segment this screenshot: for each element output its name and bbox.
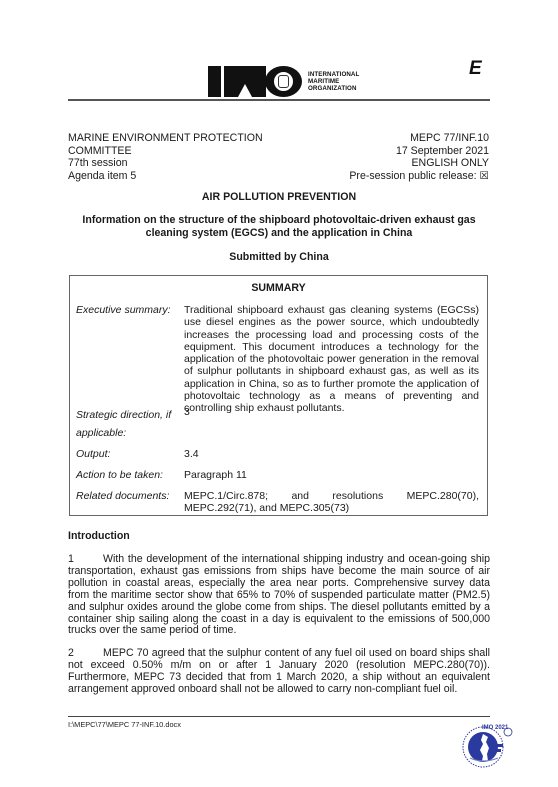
document-info: MEPC 77/INF.10 17 September 2021 ENGLISH… bbox=[349, 132, 489, 182]
summary-heading: SUMMARY bbox=[70, 282, 487, 294]
imo-logo-mark bbox=[208, 66, 302, 97]
summary-label: Output: bbox=[76, 448, 180, 460]
summary-value: 3.4 bbox=[184, 448, 479, 460]
summary-value: 3 bbox=[184, 406, 479, 418]
summary-label: Strategic direction, if applicable: bbox=[76, 406, 180, 442]
agenda-item: Agenda item 5 bbox=[68, 170, 263, 183]
org-name: INTERNATIONAL MARITIME ORGANIZATION bbox=[308, 71, 359, 93]
doc-date: 17 September 2021 bbox=[349, 145, 489, 158]
summary-box: SUMMARY Executive summary: Traditional s… bbox=[69, 275, 488, 516]
paragraph-text: With the development of the internationa… bbox=[68, 553, 490, 636]
footer-divider bbox=[68, 716, 490, 717]
release-label: Pre-session public release: bbox=[349, 170, 476, 182]
summary-label: Action to be taken: bbox=[76, 469, 180, 481]
release-status: Pre-session public release: ☒ bbox=[349, 170, 489, 183]
committee-name: MARINE ENVIRONMENT PROTECTION bbox=[68, 132, 263, 145]
submitted-by: Submitted by China bbox=[68, 251, 490, 263]
summary-label: Executive summary: bbox=[76, 304, 180, 316]
summary-row-executive: Executive summary: Traditional shipboard… bbox=[76, 304, 479, 404]
doc-language: ENGLISH ONLY bbox=[349, 157, 489, 170]
doc-symbol: MEPC 77/INF.10 bbox=[349, 132, 489, 145]
file-path: I:\MEPC\77\MEPC 77-INF.10.docx bbox=[68, 720, 181, 729]
anniversary-text: IMO 2021 bbox=[482, 725, 509, 731]
session: 77th session bbox=[68, 157, 263, 170]
paragraph-text: MEPC 70 agreed that the sulphur content … bbox=[68, 647, 490, 695]
imo-logo: INTERNATIONAL MARITIME ORGANIZATION bbox=[208, 66, 368, 97]
committee-name: COMMITTEE bbox=[68, 145, 263, 158]
anniversary-emblem-icon: IMO 2021 bbox=[458, 720, 516, 772]
paragraph-2: 2MEPC 70 agreed that the sulphur content… bbox=[68, 648, 490, 696]
org-name-line: INTERNATIONAL bbox=[308, 71, 359, 78]
paragraph-1: 1With the development of the internation… bbox=[68, 554, 490, 637]
org-name-line: ORGANIZATION bbox=[308, 85, 359, 92]
release-checkbox: ☒ bbox=[480, 170, 490, 182]
summary-value: Traditional shipboard exhaust gas cleani… bbox=[184, 304, 479, 415]
imo-2021-anniversary-logo: IMO 2021 bbox=[458, 720, 516, 772]
committee-info: MARINE ENVIRONMENT PROTECTION COMMITTEE … bbox=[68, 132, 263, 182]
summary-value: MEPC.1/Circ.878; and resolutions MEPC.28… bbox=[184, 490, 479, 515]
document-title: Information on the structure of the ship… bbox=[68, 214, 490, 239]
summary-row-strategic: Strategic direction, if applicable: 3 bbox=[76, 406, 479, 436]
header-divider bbox=[68, 99, 490, 101]
language-code: E bbox=[469, 58, 482, 80]
section-heading: Introduction bbox=[68, 530, 130, 542]
agenda-title: AIR POLLUTION PREVENTION bbox=[68, 191, 490, 203]
summary-label: Related documents: bbox=[76, 490, 180, 502]
summary-value: Paragraph 11 bbox=[184, 469, 479, 481]
org-name-line: MARITIME bbox=[308, 78, 359, 85]
